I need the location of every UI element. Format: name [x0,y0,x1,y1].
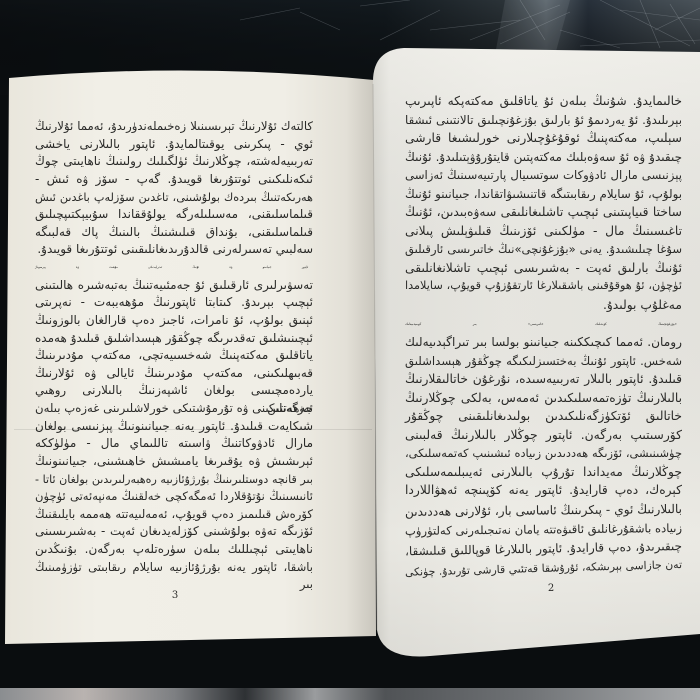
text-line: ساختا قىياپىتىنى ئېچىپ تاشلىغانلىقى سەۋە… [405,203,682,222]
right-page-text: خالىمايدۇ. شۇنىڭ بىلەن ئۇ ياتاقلىق مەكتە… [405,92,682,574]
text-line: ئېچىنىشلىق تەقدىرىگە چوڭقۇر ھېسداشلىق قى… [35,330,313,348]
page-number-right: 2 [548,583,554,594]
text-line: قىلىدۇ. ئاپتور بالىلار تەربىيەسىدە، نۇرغ… [405,370,682,389]
text-line: ئوي - پىكرىنى يوقىتالمايدۇ. ئاپتور بالىل… [35,136,313,154]
text-line: بولۇپ، ئۇ سايلام رىقابىتىگە قاتنىشىۋاتقا… [405,185,682,204]
text-line: قىلماسلىقنى، بۇنداق قىلىشنىڭ بالىنىڭ پاك… [35,224,313,242]
text-line: كۆرسىتىپ بەرگەن. ئاپتور چوڭلار بالىلارنى… [405,426,682,445]
text-line: بالىلارنىڭ ئوي - پىكرىنىڭ ئاساسى بار، ئۇ… [405,500,682,521]
text-line: ھەرىكەتنىڭ بىردەك بولۇشىنى، تاغدىن سۆزلە… [35,189,313,207]
text-line: ئەزگەنلىكىنى ۋە تۇرمۇشتىكى خورلاشلىرىنى … [35,400,313,418]
text-line: شىكايەت قىلىدۇ. ئاپتور يەنە جىيانىنونىڭ … [35,418,313,436]
text-line: ئېچىپ بېرىدۇ. كىتابتا ئاپتورنىڭ مۇھەببەت… [35,294,313,312]
text-line: سېلىپ، مەكتەپنىڭ ئوقۇغۇچىلارنى خورلىشىغا… [405,129,682,148]
text-line: بىر قانچە دوستلىرىنىڭ بۇرژۇئازىيە رەھبەر… [35,471,313,489]
left-page-text: كالتەك ئۇلارنىڭ تېرىسىنىلا زەخىملەندۈرىد… [35,118,313,576]
text-line: قىلماسلىقنى، مەسىلىلەرگە يولۇققاندا سۇبي… [35,206,313,224]
text-line: چىقىدۇ ۋە ئۇ سەۋەبلىك مەكتەپتىن قايتۇرۇۋ… [405,148,682,167]
text-line: كېرەك، دەپ قارايدۇ. ئاپتور يەنە كۆپىنچە … [405,481,682,500]
text-line: شەخس. ئاپتور ئۇنىڭ بەختسىزلىكىگە چوڭقۇر … [405,352,682,371]
text-line: ئۇنىڭ بارلىق ئەپت - بەشىرىسى ئېچىپ تاشلا… [405,259,682,278]
paragraph-start-line: «بۇزغۇنچىنىڭ كۈندىلىك خاتىرىسى» بىر كومې… [405,315,682,334]
text-line: كالتەك ئۇلارنىڭ تېرىسىنىلا زەخىملەندۈرىد… [35,118,313,136]
text-line: پېزنىسى مارال ئادۋوكات سوتسىيال پارتىيەس… [405,166,682,185]
text-line: خالىمايدۇ. شۇنىڭ بىلەن ئۇ ياتاقلىق مەكتە… [405,92,682,111]
text-line: قەبىھلىكىنى، مەكتەپ مۇدىرىنىڭ ئايالى ۋە … [35,365,313,383]
text-line: رومان. ئەمما كىچىككىنە جىيانىنو بولسا بى… [405,333,682,352]
text-line: كۆرەش قىلىمىز دەپ قويۇپ، ئەمەلىيەتتە ھەم… [35,506,313,524]
text-line: تاغىسىنىڭ مال - مۈلكىنى ئۆزىنىڭ قىلىۋېلى… [405,222,682,241]
text-line: ئۆزىگە تەۋە بولۇشىنى كۆزلەيدىغان ئەپت - … [35,523,313,541]
text-line: چوڭلارنىڭ مەيداندا تۇرۇپ بالىلارنى ئەيىب… [405,463,682,482]
text-line: ئىكەنلىكىنى ئوتتۇرىغا قويىدۇ. گەپ - سۆز … [35,171,313,189]
text-line: چۈشىنىشى، ئۆزىگە ھەددىدىن زىيادە ئىشىنىپ… [405,444,682,463]
text-line: ئانىسىنىڭ نۇتۇقلاردا ئەمگەكچى خەلقنىڭ مە… [35,488,313,506]
text-line: ئېرىشىش ۋە يۇقىرىغا يامىشىش خاھىشىنى، جى… [35,453,313,471]
text-line: ناھايىتى ئېچىللىك بىلەن سۈرەتلەپ بەرگەن.… [35,541,313,559]
text-line: بېرىلىدۇ. ئۇ يەردىمۇ ئۇ بارلىق بۇزغۇنچىل… [405,111,682,130]
text-line: تەربىيەلەشتە، چوڭلارنىڭ ئۈلگىلىك رولىنىڭ… [35,153,313,171]
text-line: بالىلارنىڭ تۈزەتمەسلىكىدىن ئەمەس، بەلكى … [405,389,682,408]
bottom-edge-strip [0,688,700,700]
paragraph-start-line: ئاپتور جىيانىنو ۋە ئۇنىڭ ئەتراپىدىكى مۇھ… [35,259,313,277]
text-line: سۇغا چىلىشىدۇ. يەنى «بۇزغۇنچى»نىڭ خاتىرى… [405,240,682,259]
text-line: ياردەمچىسى بولغان ئاشپەزنىڭ بالىلارنى رو… [35,382,313,400]
text-line: تەسۋىرلىرى ئارقىلىق ئۇ جەمئىيەتنىڭ بەتبە… [35,277,313,295]
text-line: خاتالىق ئۆتكۈزگەنلىكىدىن بولىدىغانلىقىنى… [405,407,682,426]
text-line: باشقا، ئاپتور يەنە بۇرژۇئازىيە سايلام رى… [35,559,313,577]
page-number-left: 3 [172,590,178,601]
paragraph-end-line: مەغلۇپ بولىدۇ. [405,296,682,315]
text-line: ئېنىق بولۇپ، ئۇ نامرات، ئاجىز دەپ قارالغ… [35,312,313,330]
text-line: ياتاقلىق مەكتەپنىڭ شەخسىيەتچى، مەكتەپ مۇ… [35,347,313,365]
paragraph-end-line: سەلبىي تەسىرلەرنى قالدۇرىدىغانلىقىنى ئوت… [35,241,313,259]
text-line: مارال ئادۋوكاتنىڭ ۋاسىتە تاللىماي مال - … [35,435,313,453]
text-line: ئۈچۈن، ئۇ ھوقۇقىنى باشقىلارغا ئارتقۇزۇپ … [405,277,682,296]
